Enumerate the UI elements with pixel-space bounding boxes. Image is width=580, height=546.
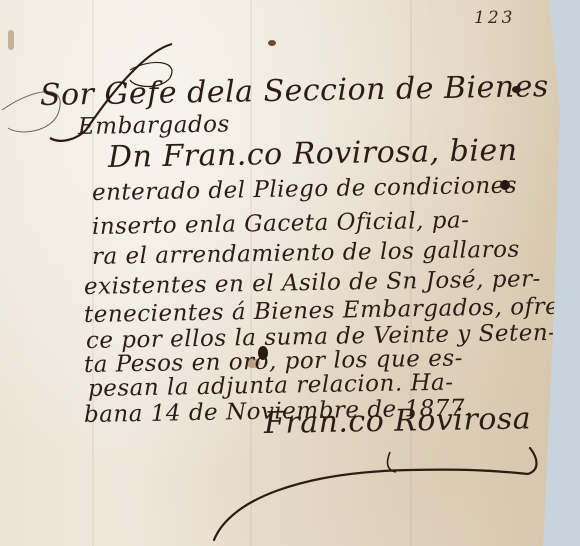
ink-spot bbox=[268, 40, 276, 46]
body-line: ra el arrendamiento de los gallaros bbox=[92, 237, 520, 270]
body-line: inserto enla Gaceta Oficial, pa- bbox=[92, 207, 470, 240]
signature-flourish bbox=[190, 440, 550, 546]
signature: Fran.co Rovirosa bbox=[264, 401, 532, 441]
salutation-flourish bbox=[0, 40, 260, 150]
body-line: enterado del Pliego de condiciones bbox=[92, 173, 518, 206]
document-page: 123 Sor Gefe dela Seccion de Bienes Emba… bbox=[0, 0, 560, 546]
page-number: 123 bbox=[474, 8, 515, 28]
